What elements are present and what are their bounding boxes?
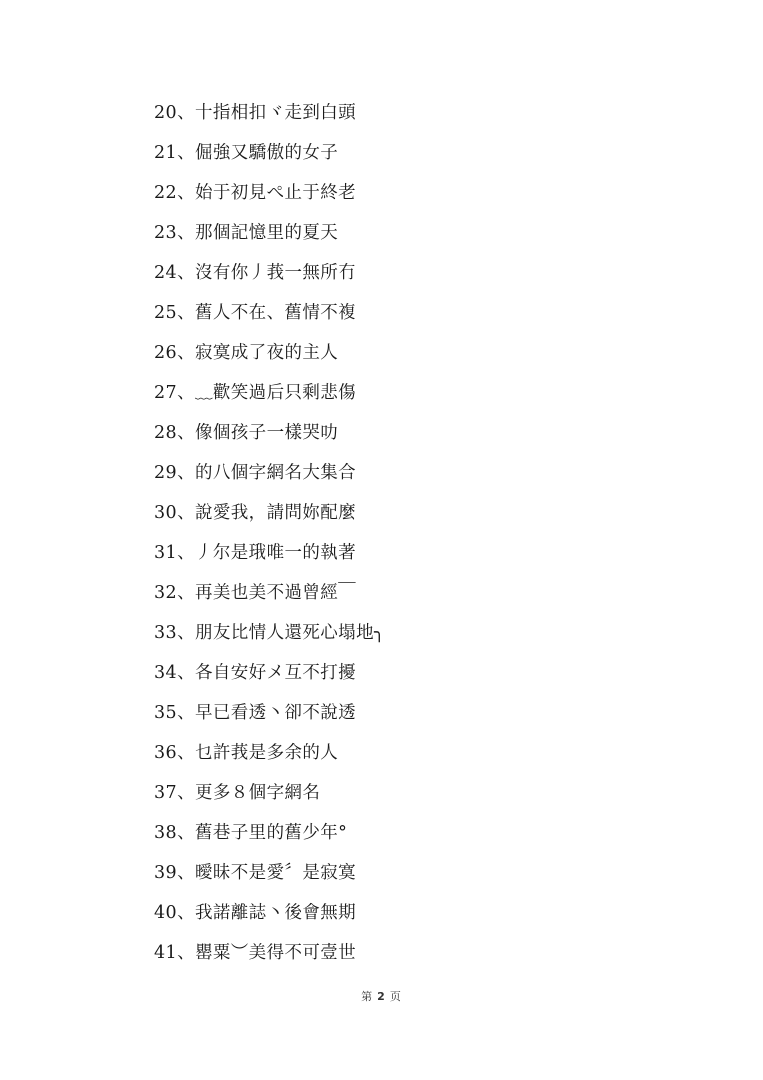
item-text: 我諾離誌丶後會無期 bbox=[195, 903, 356, 923]
item-number: 38、 bbox=[154, 819, 195, 847]
item-number: 22、 bbox=[154, 179, 195, 207]
list-item: 30、說愛我，請問妳配麼 bbox=[154, 499, 385, 539]
list-item: 29、的八個字網名大集合 bbox=[154, 459, 385, 499]
list-item: 25、舊人不在、舊情不複 bbox=[154, 299, 385, 339]
list-item: 24、沒有你丿莪一無所冇 bbox=[154, 259, 385, 299]
item-text: 舊人不在、舊情不複 bbox=[195, 303, 356, 323]
item-number: 28、 bbox=[154, 419, 195, 447]
item-number: 29、 bbox=[154, 459, 195, 487]
item-text: 寂寞成了夜的主人 bbox=[195, 343, 338, 363]
item-text: 早已看透丶卻不說透 bbox=[195, 703, 356, 723]
item-number: 26、 bbox=[154, 339, 195, 367]
item-text: 始于初見ぺ止于終老 bbox=[195, 183, 356, 203]
footer-suffix: 页 bbox=[390, 990, 402, 1003]
item-number: 27、 bbox=[154, 379, 195, 407]
item-number: 23、 bbox=[154, 219, 195, 247]
item-number: 40、 bbox=[154, 899, 195, 927]
item-number: 36、 bbox=[154, 739, 195, 767]
footer-prefix: 第 bbox=[361, 990, 373, 1003]
item-text: 曖昧不是愛〞是寂寞 bbox=[195, 863, 356, 883]
list-item: 26、寂寞成了夜的主人 bbox=[154, 339, 385, 379]
item-text: 倔強又驕傲的女子 bbox=[195, 143, 338, 163]
item-number: 33、 bbox=[154, 619, 195, 647]
list-item: 31、丿尔是珴唯一的執著 bbox=[154, 539, 385, 579]
item-text: 乜許莪是多余的人 bbox=[195, 743, 338, 763]
list-item: 40、我諾離誌丶後會無期 bbox=[154, 899, 385, 939]
item-text: 十指相扣ヾ走到白頭 bbox=[195, 103, 356, 123]
item-number: 35、 bbox=[154, 699, 195, 727]
item-text: 罌粟︶美得不可壹世 bbox=[195, 943, 356, 963]
nickname-list: 20、十指相扣ヾ走到白頭 21、倔強又驕傲的女子 22、始于初見ぺ止于終老 23… bbox=[154, 99, 385, 979]
item-text: 沒有你丿莪一無所冇 bbox=[195, 263, 356, 283]
list-item: 36、乜許莪是多余的人 bbox=[154, 739, 385, 779]
item-number: 37、 bbox=[154, 779, 195, 807]
item-number: 32、 bbox=[154, 579, 195, 607]
list-item: 22、始于初見ぺ止于終老 bbox=[154, 179, 385, 219]
item-text: 丿尔是珴唯一的執著 bbox=[195, 543, 356, 563]
item-text: 的八個字網名大集合 bbox=[195, 463, 356, 483]
item-text: 舊巷子里的舊少年° bbox=[195, 823, 347, 843]
list-item: 37、更多８個字網名 bbox=[154, 779, 385, 819]
item-text: 再美也美不過曾經￣ bbox=[195, 583, 356, 603]
item-text: 各自安好メ互不打擾 bbox=[195, 663, 356, 683]
item-number: 39、 bbox=[154, 859, 195, 887]
list-item: 28、像個孩子一樣哭叻 bbox=[154, 419, 385, 459]
list-item: 33、朋友比情人還死心塌地╮ bbox=[154, 619, 385, 659]
item-text: 像個孩子一樣哭叻 bbox=[195, 423, 338, 443]
list-item: 38、舊巷子里的舊少年° bbox=[154, 819, 385, 859]
list-item: 35、早已看透丶卻不說透 bbox=[154, 699, 385, 739]
item-number: 24、 bbox=[154, 259, 195, 287]
item-number: 41、 bbox=[154, 939, 195, 967]
item-number: 34、 bbox=[154, 659, 195, 687]
list-item: 32、再美也美不過曾經￣ bbox=[154, 579, 385, 619]
list-item: 39、曖昧不是愛〞是寂寞 bbox=[154, 859, 385, 899]
list-item: 21、倔強又驕傲的女子 bbox=[154, 139, 385, 179]
list-item: 23、那個記憶里的夏天 bbox=[154, 219, 385, 259]
item-text: 那個記憶里的夏天 bbox=[195, 223, 338, 243]
item-text: 更多８個字網名 bbox=[195, 783, 320, 803]
item-number: 30、 bbox=[154, 499, 195, 527]
item-text: 朋友比情人還死心塌地╮ bbox=[195, 623, 385, 643]
page-footer: 第2页 bbox=[0, 988, 763, 1004]
item-number: 20、 bbox=[154, 99, 195, 127]
list-item: 34、各自安好メ互不打擾 bbox=[154, 659, 385, 699]
item-number: 21、 bbox=[154, 139, 195, 167]
item-text: 說愛我，請問妳配麼 bbox=[195, 503, 356, 523]
item-text: ﹏歡笑過后只剩悲傷 bbox=[195, 383, 356, 403]
item-number: 25、 bbox=[154, 299, 195, 327]
item-number: 31、 bbox=[154, 539, 195, 567]
list-item: 27、﹏歡笑過后只剩悲傷 bbox=[154, 379, 385, 419]
page-number: 2 bbox=[377, 990, 386, 1003]
list-item: 20、十指相扣ヾ走到白頭 bbox=[154, 99, 385, 139]
document-page: 20、十指相扣ヾ走到白頭 21、倔強又驕傲的女子 22、始于初見ぺ止于終老 23… bbox=[0, 0, 763, 1080]
list-item: 41、罌粟︶美得不可壹世 bbox=[154, 939, 385, 979]
